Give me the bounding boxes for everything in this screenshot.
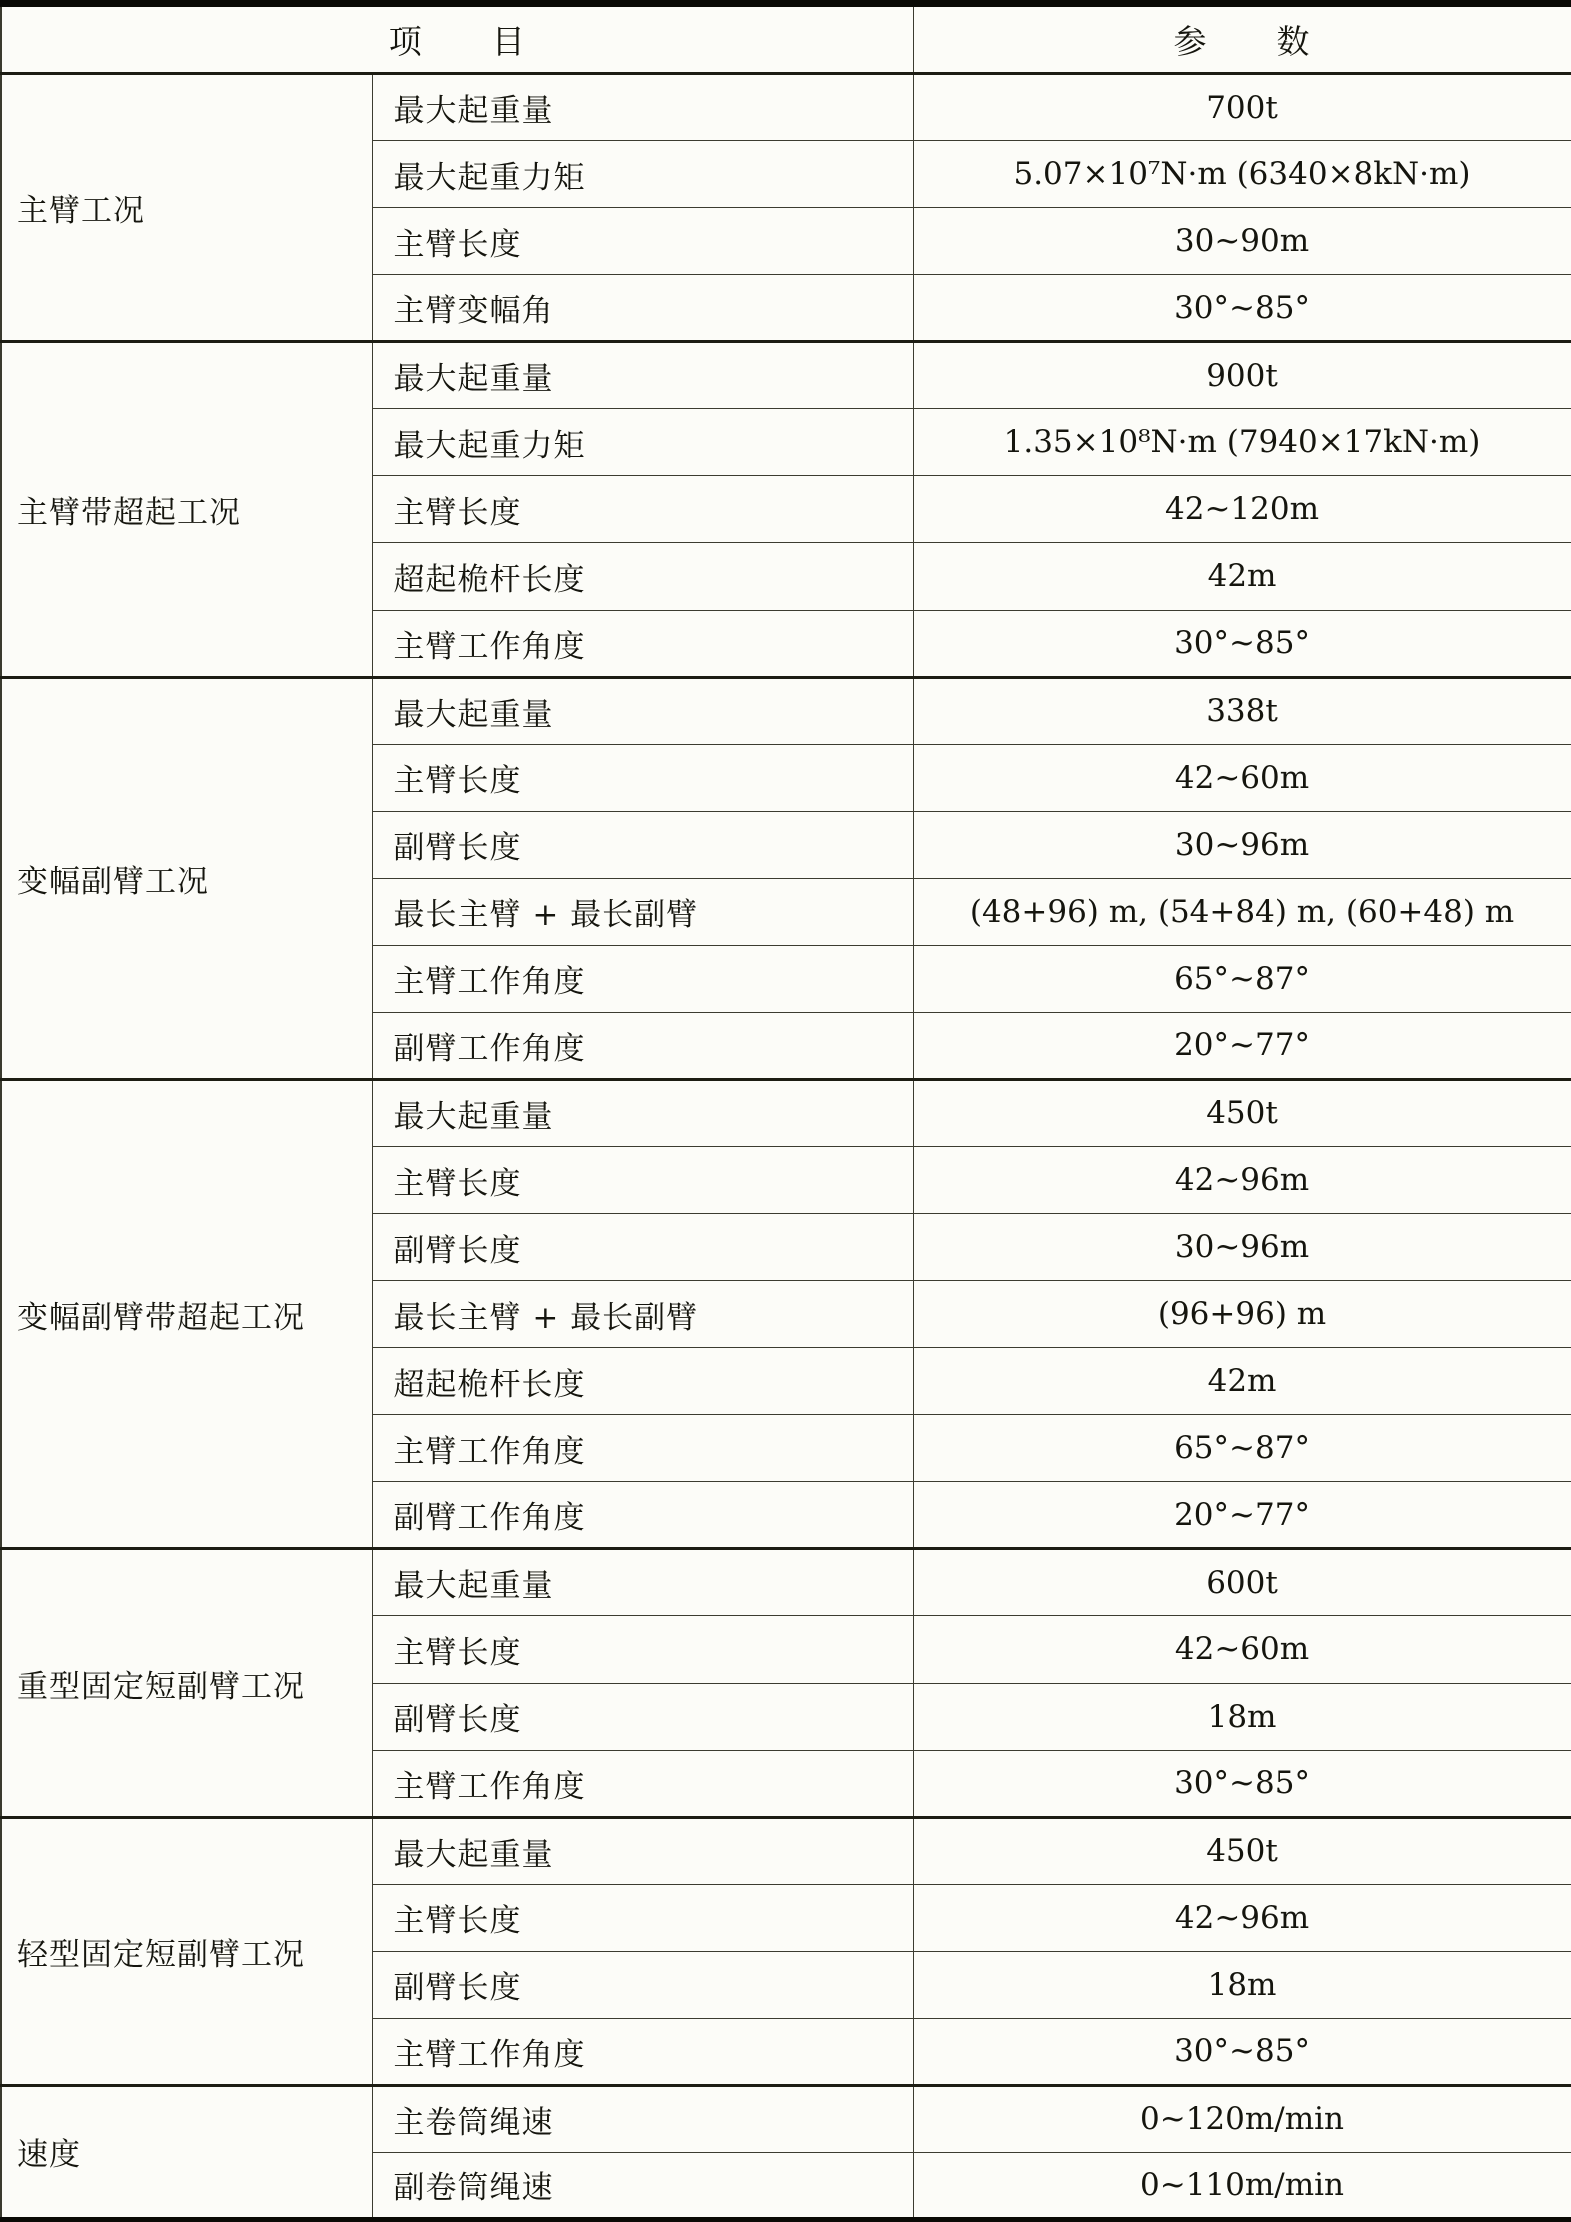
item-label: 最大起重量 [372, 1549, 913, 1616]
table-row: 速度 主卷筒绳速 0~120m/min [1, 2085, 1571, 2152]
item-label: 主臂长度 [372, 1147, 913, 1214]
item-label: 主臂变幅角 [372, 275, 913, 342]
param-value: 30~96m [913, 1214, 1571, 1281]
group-label: 速度 [1, 2085, 372, 2219]
group-label: 重型固定短副臂工况 [1, 1549, 372, 1817]
item-label: 主臂长度 [372, 476, 913, 543]
table-row: 轻型固定短副臂工况 最大起重量 450t [1, 1817, 1571, 1884]
item-label: 超起桅杆长度 [372, 1348, 913, 1415]
item-label: 主卷筒绳速 [372, 2085, 913, 2152]
param-value: 65°~87° [913, 1415, 1571, 1482]
crane-spec-table: 项 目 参 数 主臂工况 最大起重量 700t 最大起重力矩 5.07×10⁷N… [0, 0, 1571, 2222]
param-value: 30°~85° [913, 610, 1571, 677]
param-value: 20°~77° [913, 1012, 1571, 1079]
group-label: 轻型固定短副臂工况 [1, 1817, 372, 2085]
item-label: 主臂工作角度 [372, 2018, 913, 2085]
param-value: 65°~87° [913, 945, 1571, 1012]
item-label: 最大起重力矩 [372, 141, 913, 208]
item-label: 最大起重量 [372, 74, 913, 141]
param-value: 42m [913, 1348, 1571, 1415]
param-value: 30°~85° [913, 2018, 1571, 2085]
header-row: 项 目 参 数 [1, 4, 1571, 74]
item-label: 副卷筒绳速 [372, 2152, 913, 2219]
item-label: 主臂工作角度 [372, 610, 913, 677]
param-value: 1.35×10⁸N·m (7940×17kN·m) [913, 409, 1571, 476]
table-row: 变幅副臂工况 最大起重量 338t [1, 677, 1571, 744]
item-label: 主臂长度 [372, 744, 913, 811]
item-label: 主臂长度 [372, 1884, 913, 1951]
param-value: 5.07×10⁷N·m (6340×8kN·m) [913, 141, 1571, 208]
item-label: 副臂工作角度 [372, 1012, 913, 1079]
group-label: 变幅副臂带超起工况 [1, 1079, 372, 1548]
param-value: 338t [913, 677, 1571, 744]
table-row: 变幅副臂带超起工况 最大起重量 450t [1, 1079, 1571, 1146]
param-value: 42~60m [913, 744, 1571, 811]
item-label: 主臂工作角度 [372, 1415, 913, 1482]
param-value: 30~90m [913, 208, 1571, 275]
item-label: 最大起重量 [372, 1817, 913, 1884]
group-label: 主臂工况 [1, 74, 372, 342]
table-row: 主臂带超起工况 最大起重量 900t [1, 342, 1571, 409]
group-label: 主臂带超起工况 [1, 342, 372, 677]
param-value: 450t [913, 1079, 1571, 1146]
param-value: (96+96) m [913, 1281, 1571, 1348]
item-label: 主臂工作角度 [372, 1750, 913, 1817]
item-label: 最长主臂 + 最长副臂 [372, 878, 913, 945]
item-label: 主臂长度 [372, 1616, 913, 1683]
param-value: 900t [913, 342, 1571, 409]
item-label: 最大起重力矩 [372, 409, 913, 476]
item-label: 最大起重量 [372, 1079, 913, 1146]
column-header-item: 项 目 [1, 4, 913, 74]
param-value: 30°~85° [913, 275, 1571, 342]
item-label: 超起桅杆长度 [372, 543, 913, 610]
param-value: 450t [913, 1817, 1571, 1884]
param-value: 18m [913, 1683, 1571, 1750]
table-row: 重型固定短副臂工况 最大起重量 600t [1, 1549, 1571, 1616]
param-value: 0~120m/min [913, 2085, 1571, 2152]
item-label: 最长主臂 + 最长副臂 [372, 1281, 913, 1348]
item-label: 副臂工作角度 [372, 1482, 913, 1549]
group-label: 变幅副臂工况 [1, 677, 372, 1079]
param-value: 20°~77° [913, 1482, 1571, 1549]
table-row: 主臂工况 最大起重量 700t [1, 74, 1571, 141]
param-value: 30°~85° [913, 1750, 1571, 1817]
param-value: 600t [913, 1549, 1571, 1616]
item-label: 最大起重量 [372, 342, 913, 409]
item-label: 主臂长度 [372, 208, 913, 275]
param-value: 42~96m [913, 1884, 1571, 1951]
param-value: 42m [913, 543, 1571, 610]
param-value: 42~120m [913, 476, 1571, 543]
param-value: 42~96m [913, 1147, 1571, 1214]
item-label: 副臂长度 [372, 1951, 913, 2018]
scanned-spec-table-page: 项 目 参 数 主臂工况 最大起重量 700t 最大起重力矩 5.07×10⁷N… [0, 0, 1571, 2222]
item-label: 主臂工作角度 [372, 945, 913, 1012]
column-header-param: 参 数 [913, 4, 1571, 74]
item-label: 副臂长度 [372, 1214, 913, 1281]
param-value: 0~110m/min [913, 2152, 1571, 2219]
param-value: 700t [913, 74, 1571, 141]
item-label: 副臂长度 [372, 1683, 913, 1750]
param-value: (48+96) m, (54+84) m, (60+48) m [913, 878, 1571, 945]
param-value: 30~96m [913, 811, 1571, 878]
param-value: 18m [913, 1951, 1571, 2018]
param-value: 42~60m [913, 1616, 1571, 1683]
item-label: 副臂长度 [372, 811, 913, 878]
item-label: 最大起重量 [372, 677, 913, 744]
